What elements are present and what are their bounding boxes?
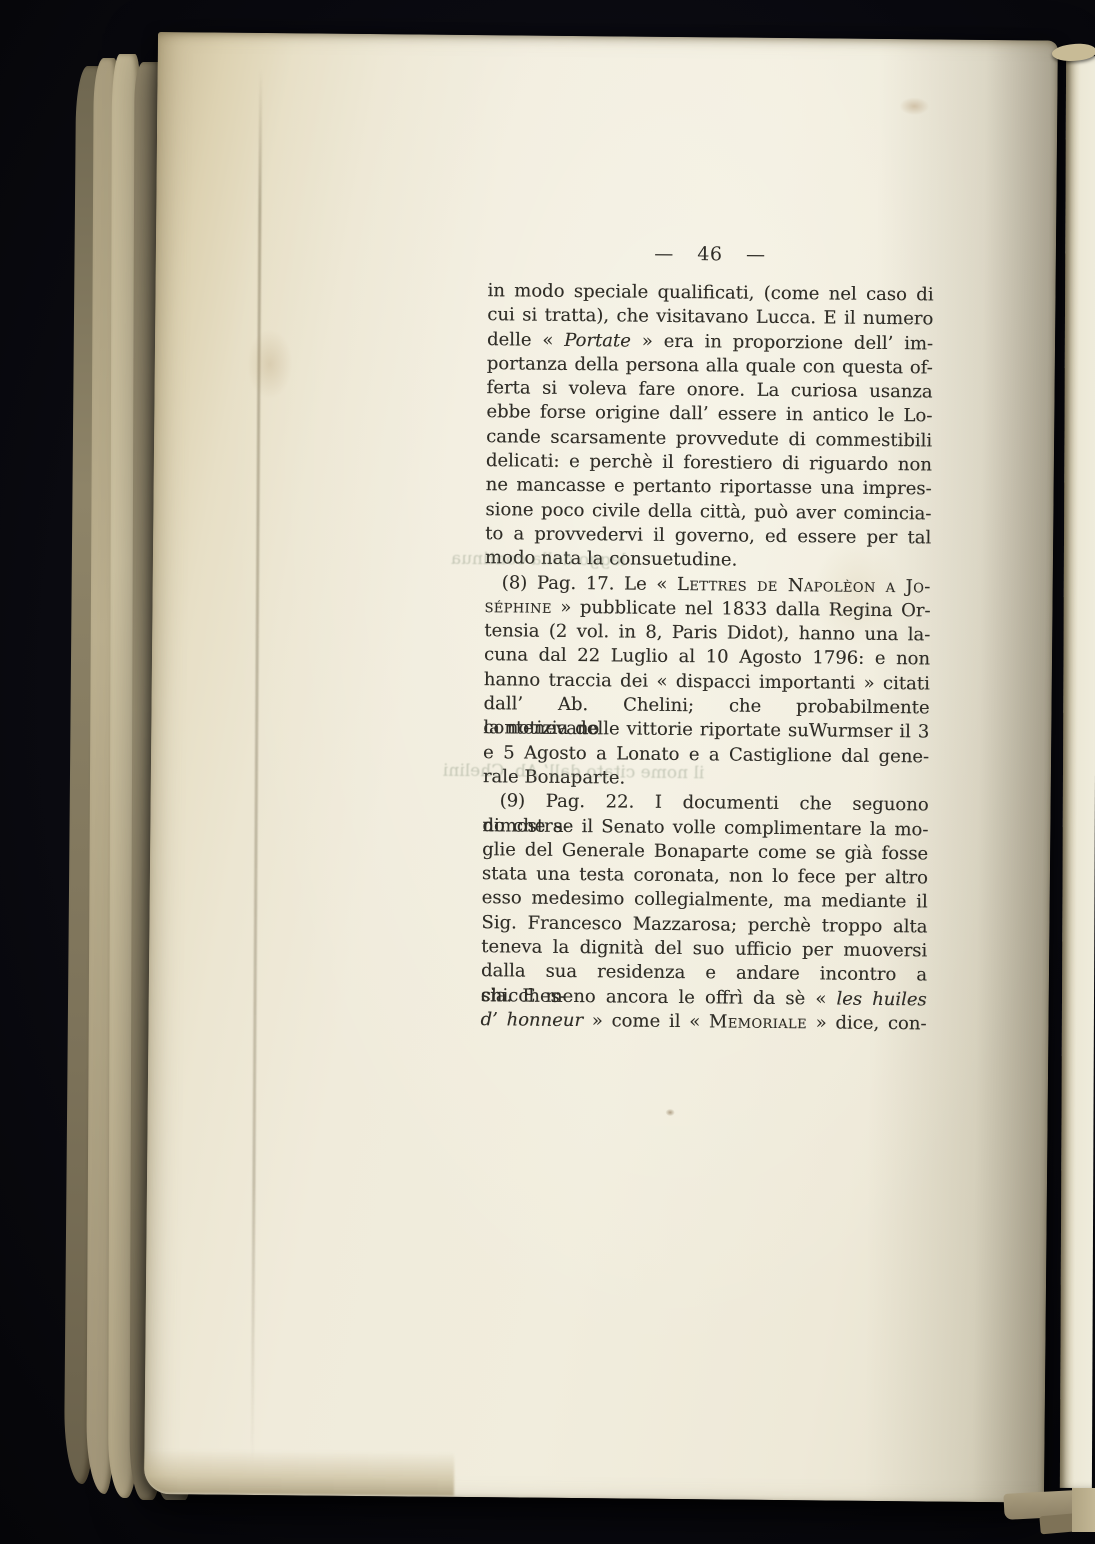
show-through-text: il nome citato dall’ Ab. Chelini <box>443 761 705 784</box>
smallcaps-run: Memoriale <box>709 1011 807 1033</box>
foxing-stain <box>246 329 293 399</box>
text-line: (9) Pag. 22. I documenti che seguono dim… <box>483 789 929 818</box>
text-line: cui si tratta), che visitavano Lucca. E … <box>487 303 933 332</box>
foxing-stain <box>899 97 929 115</box>
page-bottom-curl <box>144 1449 454 1496</box>
smallcaps-run: Lettres de Napolèon a Jo- <box>677 574 931 597</box>
show-through-text: leggo della continua <box>451 549 626 571</box>
italic-run: les huiles <box>836 988 927 1010</box>
page-crease <box>251 69 263 1465</box>
italic-run: Portate <box>564 330 631 352</box>
open-book-photo: — 46 — in modo speciale qualificati, (co… <box>0 0 1095 1544</box>
text-line: dalla sua residenza e andare incontro a … <box>481 959 927 988</box>
book-page: — 46 — in modo speciale qualificati, (co… <box>144 32 1058 1503</box>
text-line: la notizia delle vittorie riportate suWu… <box>483 716 929 745</box>
page-number: — 46 — <box>488 241 932 267</box>
smallcaps-run: séphine <box>484 596 551 618</box>
text-line: d’ honneur » come il « Memoriale » dice,… <box>480 1008 926 1037</box>
foxing-stain <box>666 1109 675 1116</box>
italic-run: d’ honneur <box>480 1009 583 1031</box>
facing-page-bottom-edge <box>1072 1488 1095 1532</box>
facing-page-sliver <box>1060 56 1095 1488</box>
text-block: in modo speciale qualificati, (come nel … <box>480 279 933 1036</box>
